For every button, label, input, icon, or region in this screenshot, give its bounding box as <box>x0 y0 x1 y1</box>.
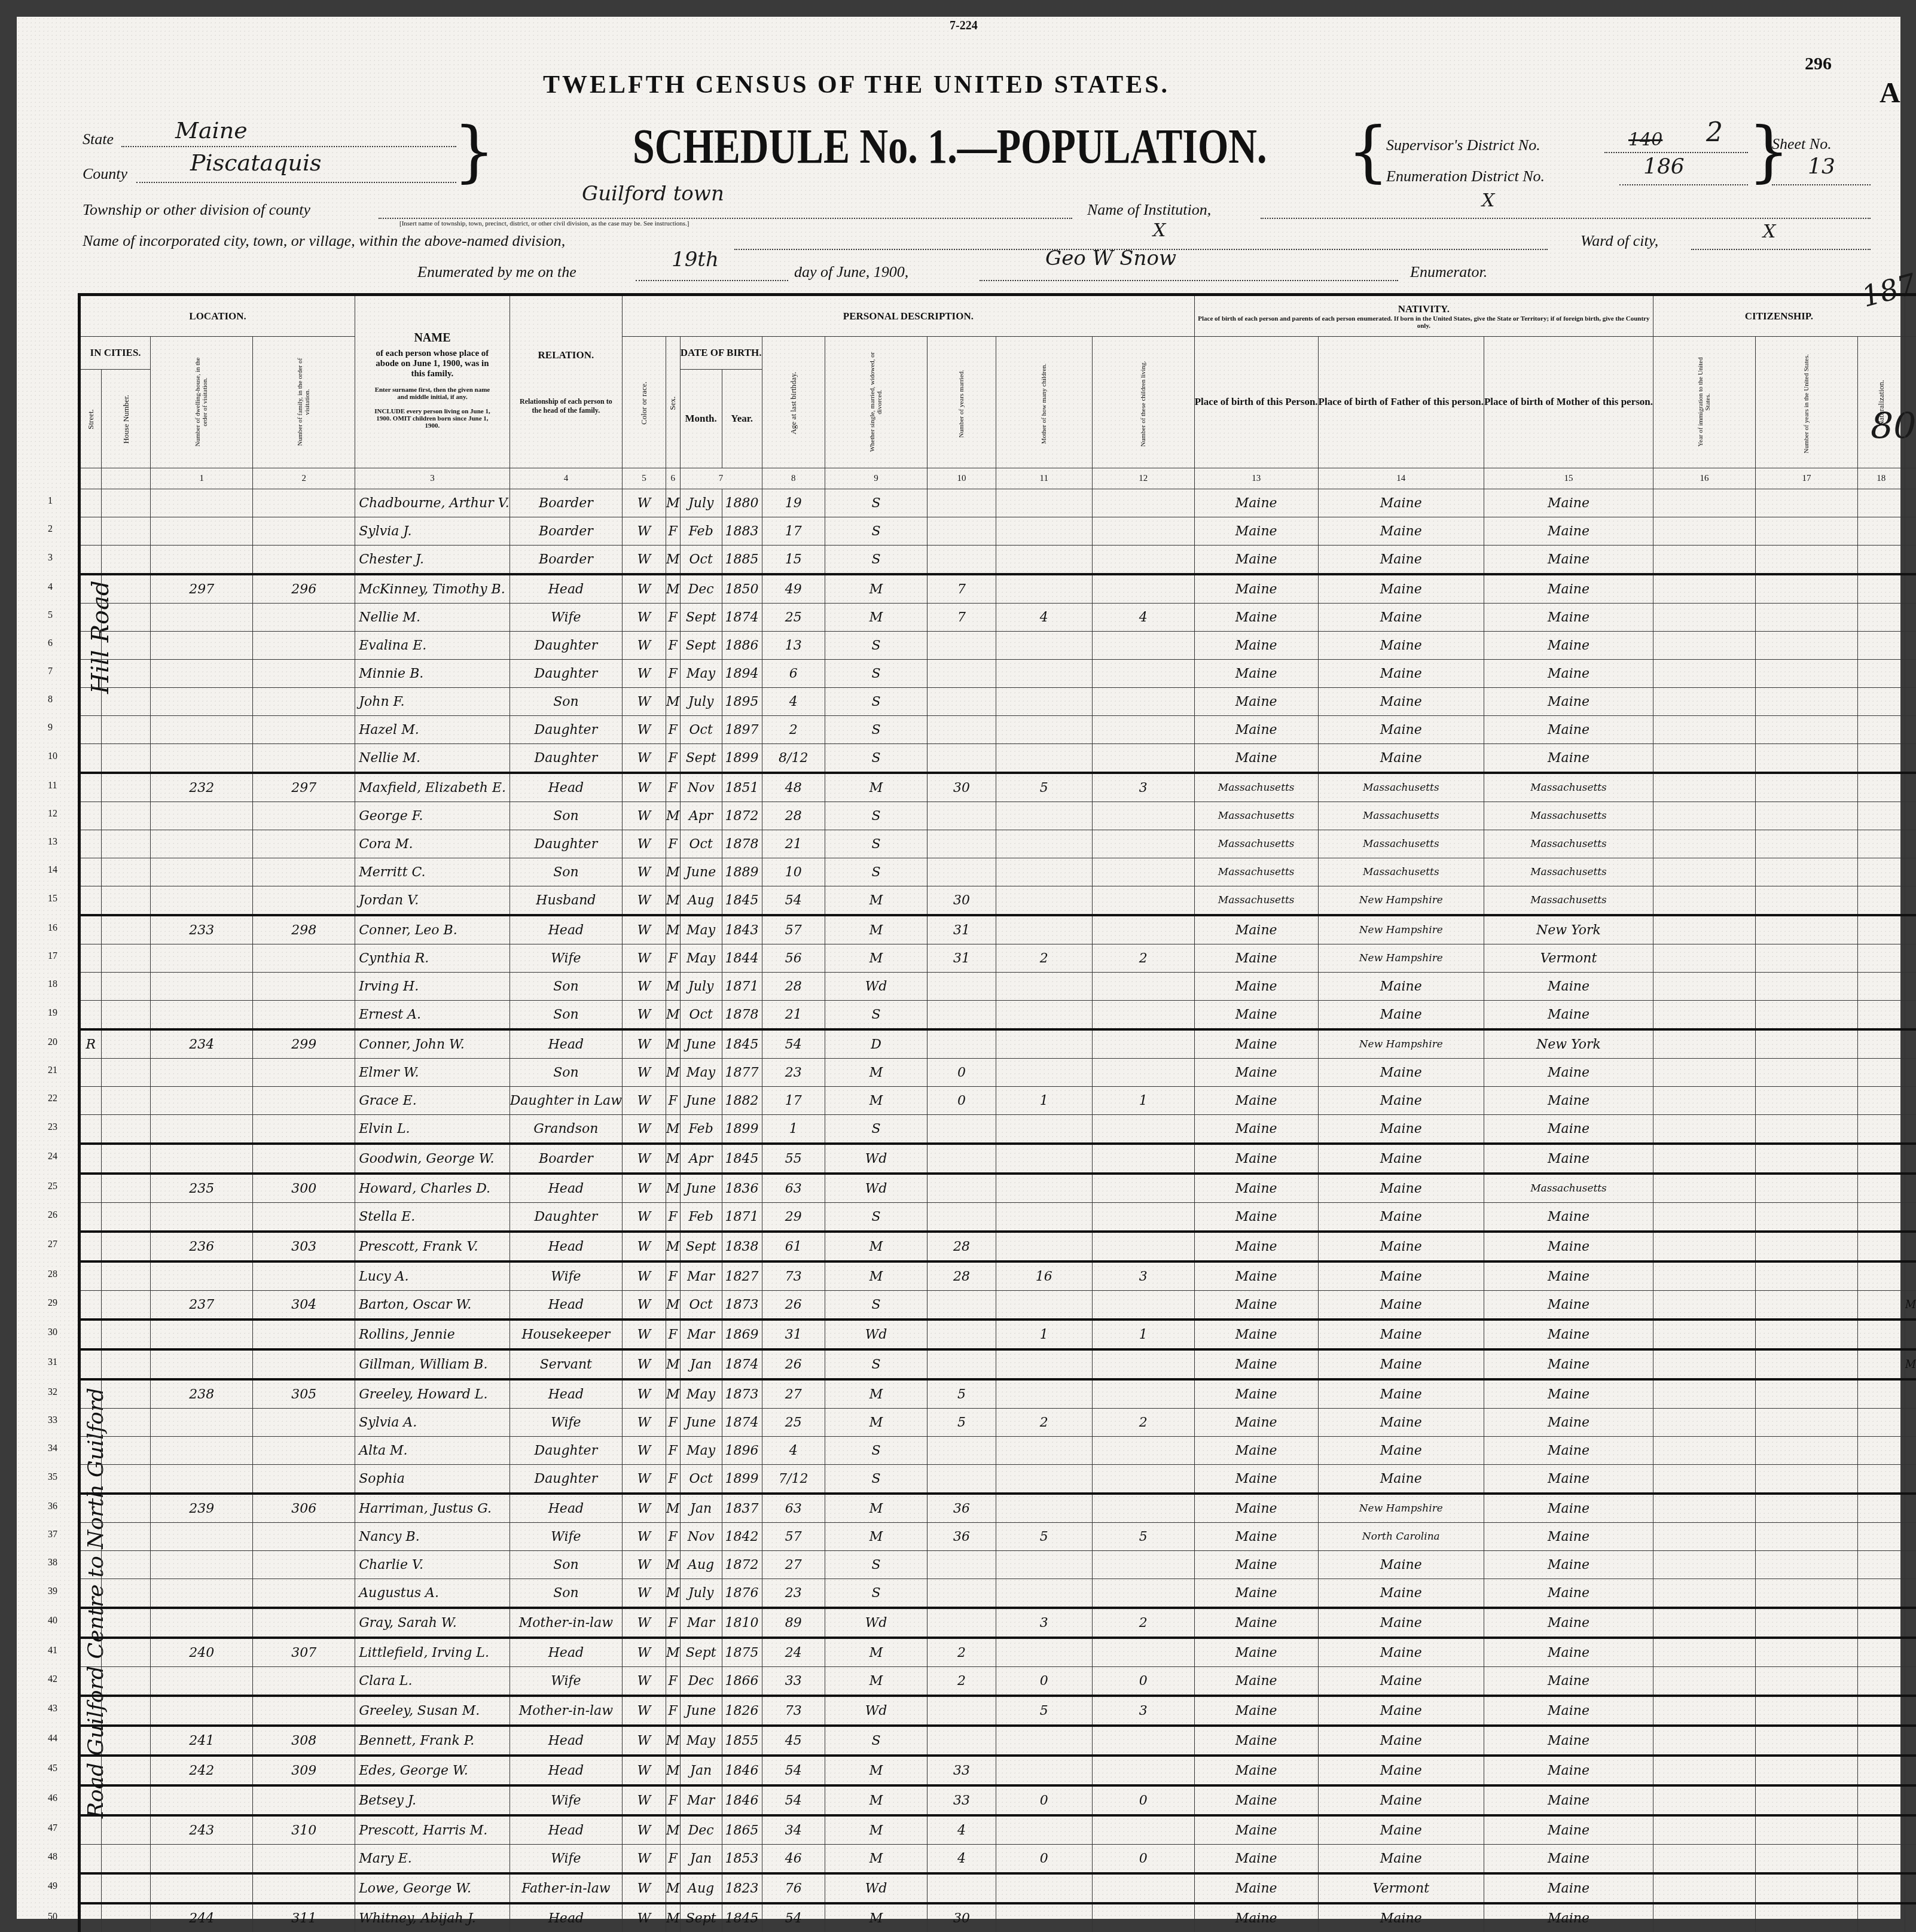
mother-of <box>996 1144 1092 1174</box>
column-number: 16 <box>1653 468 1756 489</box>
street <box>80 1320 102 1349</box>
age: 73 <box>762 1261 825 1291</box>
column-numbers-row: 1234567891011121314151617181920212223242… <box>80 468 1916 489</box>
marital-status: M <box>825 773 928 802</box>
birth-month: Nov <box>680 773 722 802</box>
immigration-year <box>1653 1873 1756 1903</box>
birth-year: 1850 <box>722 574 762 604</box>
header-house-number: House Number. <box>101 370 151 468</box>
header-naturalization-text: Naturalization. <box>1877 380 1886 426</box>
street <box>80 716 102 744</box>
header-relation-desc: Relationship of each person to the head … <box>510 361 622 415</box>
sex: M <box>666 1232 680 1261</box>
color: W <box>623 632 666 660</box>
occupation: Carder, woolen mill <box>1905 489 1916 517</box>
family-number <box>253 1696 355 1726</box>
immigration-year <box>1653 1465 1756 1494</box>
father-birthplace: New Hampshire <box>1318 886 1484 916</box>
birth-month: May <box>680 1437 722 1465</box>
immigration-year <box>1653 1551 1756 1579</box>
occupation: Farmer <box>1905 1638 1916 1667</box>
person-name: Bennett, Frank P. <box>355 1726 510 1756</box>
mother-birthplace: Maine <box>1484 716 1653 744</box>
occupation: Farm laborer <box>1905 1001 1916 1030</box>
birth-year: 1827 <box>722 1261 762 1291</box>
street <box>80 1873 102 1903</box>
table-row: Mary E.WifeWFJan185346M400MaineMaineMain… <box>80 1845 1916 1874</box>
color: W <box>623 1494 666 1523</box>
dwelling-number <box>151 1001 253 1030</box>
family-number <box>253 1579 355 1608</box>
naturalization <box>1858 1349 1905 1379</box>
mother-of <box>996 1379 1092 1409</box>
years-in-us <box>1756 1291 1858 1320</box>
mother-of <box>996 830 1092 858</box>
naturalization <box>1858 688 1905 716</box>
marital-status: S <box>825 716 928 744</box>
sex: M <box>666 1144 680 1174</box>
institution-field: X <box>1261 200 1871 219</box>
birth-year: 1872 <box>722 1551 762 1579</box>
person-name: Ernest A. <box>355 1001 510 1030</box>
dwelling-number <box>151 1873 253 1903</box>
marital-status: S <box>825 1115 928 1144</box>
table-row: George F.SonWMApr187228SMassachusettsMas… <box>80 802 1916 830</box>
years-married: 0 <box>928 1059 996 1087</box>
birth-year: 1872 <box>722 802 762 830</box>
immigration-year <box>1653 802 1756 830</box>
children-living <box>1092 1349 1194 1379</box>
years-in-us <box>1756 1115 1858 1144</box>
mother-of <box>996 574 1092 604</box>
house-number <box>101 744 151 773</box>
family-number <box>253 660 355 688</box>
relation: Mother-in-law <box>509 1608 622 1638</box>
sex: F <box>666 1465 680 1494</box>
birthplace: Maine <box>1194 944 1318 973</box>
color: W <box>623 716 666 744</box>
marital-status: M <box>825 1059 928 1087</box>
house-number <box>101 1115 151 1144</box>
person-name: Sylvia A. <box>355 1409 510 1437</box>
row-number: 41 <box>48 1645 57 1656</box>
row-number: 50 <box>48 1912 57 1922</box>
brace-left: } <box>453 118 495 184</box>
birth-month: July <box>680 489 722 517</box>
naturalization <box>1858 1551 1905 1579</box>
birthplace: Maine <box>1194 1320 1318 1349</box>
color: W <box>623 1579 666 1608</box>
row-number: 38 <box>48 1558 57 1568</box>
relation: Wife <box>509 1785 622 1815</box>
years-married: 7 <box>928 604 996 632</box>
sex: M <box>666 1379 680 1409</box>
sex: F <box>666 632 680 660</box>
header-mother-of: Mother of how many children. <box>996 337 1092 468</box>
immigration-year <box>1653 1437 1756 1465</box>
row-number: 47 <box>48 1823 57 1834</box>
years-in-us <box>1756 1785 1858 1815</box>
years-in-us <box>1756 604 1858 632</box>
father-birthplace: Maine <box>1318 1409 1484 1437</box>
mother-birthplace: Maine <box>1484 973 1653 1001</box>
row-number: 29 <box>48 1298 57 1309</box>
ward-field: X <box>1691 231 1871 250</box>
immigration-year <box>1653 858 1756 886</box>
birth-year: 1845 <box>722 1144 762 1174</box>
person-name: George F. <box>355 802 510 830</box>
birthplace: Maine <box>1194 1232 1318 1261</box>
birth-month: June <box>680 1029 722 1059</box>
color: W <box>623 1087 666 1115</box>
marital-status: Wd <box>825 1320 928 1349</box>
birth-month: Mar <box>680 1261 722 1291</box>
house-number <box>101 830 151 858</box>
person-name: Prescott, Harris M. <box>355 1815 510 1845</box>
dwelling-number <box>151 944 253 973</box>
mother-birthplace: Maine <box>1484 1873 1653 1903</box>
birthplace: Maine <box>1194 660 1318 688</box>
sex: F <box>666 660 680 688</box>
person-name: Sylvia J. <box>355 517 510 546</box>
birthplace: Maine <box>1194 1494 1318 1523</box>
dwelling-number <box>151 489 253 517</box>
immigration-year <box>1653 1903 1756 1932</box>
institution-label: Name of Institution, <box>1087 201 1211 219</box>
table-row: Augustus A.SonWMJuly187623SMaineMaineMai… <box>80 1579 1916 1608</box>
mother-birthplace: Vermont <box>1484 944 1653 973</box>
years-married <box>928 632 996 660</box>
person-name: Gray, Sarah W. <box>355 1608 510 1638</box>
street <box>80 944 102 973</box>
age: 23 <box>762 1579 825 1608</box>
birthplace: Maine <box>1194 1174 1318 1203</box>
house-number <box>101 517 151 546</box>
header-house-number-text: House Number. <box>121 395 130 444</box>
birth-year: 1874 <box>722 1409 762 1437</box>
children-living: 2 <box>1092 1608 1194 1638</box>
father-birthplace: Maine <box>1318 1608 1484 1638</box>
birthplace: Massachusetts <box>1194 802 1318 830</box>
occupation <box>1905 1667 1916 1696</box>
person-name: Evalina E. <box>355 632 510 660</box>
header-birth-mother: Place of birth of Mother of this person. <box>1484 337 1653 468</box>
person-name: Chester J. <box>355 546 510 575</box>
occupation <box>1905 1261 1916 1291</box>
column-number: 10 <box>928 468 996 489</box>
house-number <box>101 1291 151 1320</box>
house-number <box>101 773 151 802</box>
years-married <box>928 1115 996 1144</box>
row-number: 45 <box>48 1763 57 1774</box>
birthplace: Maine <box>1194 1001 1318 1030</box>
occupation: Farm laborer <box>1905 1029 1916 1059</box>
years-married <box>928 546 996 575</box>
children-living <box>1092 1379 1194 1409</box>
house-number <box>101 1437 151 1465</box>
dwelling-number: 241 <box>151 1726 253 1756</box>
relation: Boarder <box>509 517 622 546</box>
birthplace: Maine <box>1194 1379 1318 1409</box>
supervisor-struck: 140 <box>1628 129 1662 150</box>
immigration-year <box>1653 915 1756 944</box>
house-number <box>101 546 151 575</box>
row-number: 48 <box>48 1852 57 1863</box>
header-occupation-col: Occupation. <box>1905 337 1916 468</box>
marital-status: M <box>825 1261 928 1291</box>
person-name: John F. <box>355 688 510 716</box>
person-name: Lucy A. <box>355 1261 510 1291</box>
father-birthplace: Maine <box>1318 1845 1484 1874</box>
children-living <box>1092 1203 1194 1232</box>
supervisor-label: Supervisor's District No. <box>1386 136 1540 154</box>
occupation <box>1905 1873 1916 1903</box>
row-number: 10 <box>48 751 57 762</box>
birth-month: May <box>680 944 722 973</box>
age: 21 <box>762 830 825 858</box>
birthplace: Massachusetts <box>1194 886 1318 916</box>
birth-year: 1877 <box>722 1059 762 1087</box>
naturalization <box>1858 1638 1905 1667</box>
years-married: 28 <box>928 1261 996 1291</box>
relation: Husband <box>509 886 622 916</box>
sex: F <box>666 830 680 858</box>
children-living <box>1092 574 1194 604</box>
mother-birthplace: Maine <box>1484 1523 1653 1551</box>
age: 54 <box>762 1756 825 1785</box>
birth-month: July <box>680 688 722 716</box>
occupation: Farmer <box>1905 1232 1916 1261</box>
family-number: 305 <box>253 1379 355 1409</box>
street <box>80 1903 102 1932</box>
table-row: Betsey J.WifeWFMar184654M3300MaineMaineM… <box>80 1785 1916 1815</box>
age: 34 <box>762 1815 825 1845</box>
years-in-us <box>1756 1174 1858 1203</box>
naturalization <box>1858 716 1905 744</box>
table-row: Charlie V.SonWMAug187227SMaineMaineMaine… <box>80 1551 1916 1579</box>
mother-of <box>996 1756 1092 1785</box>
birth-month: June <box>680 1409 722 1437</box>
father-birthplace: Maine <box>1318 688 1484 716</box>
father-birthplace: Maine <box>1318 1726 1484 1756</box>
age: 56 <box>762 944 825 973</box>
immigration-year <box>1653 1523 1756 1551</box>
birthplace: Maine <box>1194 1726 1318 1756</box>
mother-of: 5 <box>996 1523 1092 1551</box>
person-name: Jordan V. <box>355 886 510 916</box>
color: W <box>623 489 666 517</box>
column-number: 11 <box>996 468 1092 489</box>
occupation <box>1905 830 1916 858</box>
years-married <box>928 1001 996 1030</box>
marital-status: Wd <box>825 1608 928 1638</box>
mother-birthplace: Maine <box>1484 1726 1653 1756</box>
children-living <box>1092 802 1194 830</box>
person-name: Sophia <box>355 1465 510 1494</box>
birth-year: 1886 <box>722 632 762 660</box>
years-in-us <box>1756 1379 1858 1409</box>
father-birthplace: Maine <box>1318 1174 1484 1203</box>
header-nativity-desc: Place of birth of each person and parent… <box>1195 315 1653 330</box>
years-in-us <box>1756 1409 1858 1437</box>
father-birthplace: Maine <box>1318 1638 1484 1667</box>
person-name: Lowe, George W. <box>355 1873 510 1903</box>
marital-status: S <box>825 517 928 546</box>
table-row: Cora M.DaughterWFOct187821SMassachusetts… <box>80 830 1916 858</box>
column-number: 17 <box>1756 468 1858 489</box>
mother-of: 3 <box>996 1608 1092 1638</box>
years-married <box>928 660 996 688</box>
house-number <box>101 1551 151 1579</box>
marital-status: S <box>825 802 928 830</box>
relation: Daughter <box>509 660 622 688</box>
color: W <box>623 1261 666 1291</box>
birthplace: Maine <box>1194 1087 1318 1115</box>
father-birthplace: Maine <box>1318 517 1484 546</box>
mother-birthplace: Maine <box>1484 1756 1653 1785</box>
birth-year: 1873 <box>722 1291 762 1320</box>
table-row: Gillman, William B.ServantWMJan187426SMa… <box>80 1349 1916 1379</box>
mother-birthplace: Maine <box>1484 1115 1653 1144</box>
father-birthplace: Maine <box>1318 1261 1484 1291</box>
street <box>80 802 102 830</box>
father-birthplace: Massachusetts <box>1318 858 1484 886</box>
mother-birthplace: Maine <box>1484 1785 1653 1815</box>
marital-status: S <box>825 546 928 575</box>
sex: M <box>666 886 680 916</box>
marital-status: M <box>825 1379 928 1409</box>
mother-of: 0 <box>996 1785 1092 1815</box>
years-in-us <box>1756 1667 1858 1696</box>
mother-birthplace: Maine <box>1484 517 1653 546</box>
relation: Head <box>509 1638 622 1667</box>
house-number <box>101 1379 151 1409</box>
sex: F <box>666 944 680 973</box>
children-living <box>1092 1115 1194 1144</box>
mother-birthplace: Maine <box>1484 1696 1653 1726</box>
father-birthplace: Maine <box>1318 489 1484 517</box>
mother-birthplace: Maine <box>1484 1203 1653 1232</box>
person-name: Conner, Leo B. <box>355 915 510 944</box>
dwelling-number <box>151 1115 253 1144</box>
age: 27 <box>762 1379 825 1409</box>
city-label: Name of incorporated city, town, or vill… <box>83 232 565 250</box>
person-name: Cora M. <box>355 830 510 858</box>
mother-birthplace: Maine <box>1484 604 1653 632</box>
occupation: Farmer <box>1905 1174 1916 1203</box>
family-number: 308 <box>253 1726 355 1756</box>
immigration-year <box>1653 1608 1756 1638</box>
years-married: 5 <box>928 1409 996 1437</box>
mother-birthplace: Maine <box>1484 744 1653 773</box>
years-married <box>928 830 996 858</box>
dwelling-number <box>151 1845 253 1874</box>
naturalization <box>1858 973 1905 1001</box>
birth-year: 1871 <box>722 973 762 1001</box>
birth-month: Aug <box>680 886 722 916</box>
naturalization <box>1858 1726 1905 1756</box>
header-dwelling: Number of dwelling-house, in the order o… <box>151 337 253 468</box>
immigration-year <box>1653 1144 1756 1174</box>
dwelling-number <box>151 886 253 916</box>
dwelling-number <box>151 830 253 858</box>
children-living <box>1092 973 1194 1001</box>
street <box>80 1696 102 1726</box>
house-number <box>101 660 151 688</box>
naturalization <box>1858 1608 1905 1638</box>
occupation <box>1905 1523 1916 1551</box>
family-number <box>253 517 355 546</box>
street <box>80 1667 102 1696</box>
row-number: 1 <box>48 496 53 507</box>
birthplace: Maine <box>1194 1203 1318 1232</box>
row-number: 42 <box>48 1674 57 1685</box>
years-in-us <box>1756 1261 1858 1291</box>
mother-of <box>996 1203 1092 1232</box>
row-number: 33 <box>48 1415 57 1426</box>
years-in-us <box>1756 1437 1858 1465</box>
house-number <box>101 973 151 1001</box>
immigration-year <box>1653 1059 1756 1087</box>
birthplace: Maine <box>1194 1115 1318 1144</box>
dwelling-number: 237 <box>151 1291 253 1320</box>
color: W <box>623 1845 666 1874</box>
mother-of <box>996 915 1092 944</box>
children-living: 1 <box>1092 1087 1194 1115</box>
census-title: TWELFTH CENSUS OF THE UNITED STATES. <box>543 71 1170 99</box>
birth-month: Aug <box>680 1551 722 1579</box>
street <box>80 1144 102 1174</box>
sex: F <box>666 1320 680 1349</box>
table-row: Alta M.DaughterWFMay18964SMaineMaineMain… <box>80 1437 1916 1465</box>
relation: Daughter <box>509 830 622 858</box>
occupation <box>1905 1696 1916 1726</box>
age: 49 <box>762 574 825 604</box>
birth-month: July <box>680 973 722 1001</box>
birth-month: Oct <box>680 1001 722 1030</box>
street <box>80 858 102 886</box>
years-married <box>928 1437 996 1465</box>
mother-of <box>996 546 1092 575</box>
dwelling-number: 243 <box>151 1815 253 1845</box>
years-married <box>928 1174 996 1203</box>
dwelling-number <box>151 1696 253 1726</box>
years-in-us <box>1756 1059 1858 1087</box>
marital-status: S <box>825 1437 928 1465</box>
years-married <box>928 1029 996 1059</box>
immigration-year <box>1653 1232 1756 1261</box>
father-birthplace: Maine <box>1318 1059 1484 1087</box>
mother-birthplace: Maine <box>1484 1291 1653 1320</box>
table-row: Clara L.WifeWFDec186633M200MaineMaineMai… <box>80 1667 1916 1696</box>
occupation <box>1905 1203 1916 1232</box>
years-married: 28 <box>928 1232 996 1261</box>
row-number: 14 <box>48 865 57 876</box>
sheet-value: 13 <box>1808 154 1835 179</box>
mother-of: 1 <box>996 1320 1092 1349</box>
color: W <box>623 1726 666 1756</box>
children-living <box>1092 716 1194 744</box>
column-number: 3 <box>355 468 510 489</box>
age: 31 <box>762 1320 825 1349</box>
street <box>80 1437 102 1465</box>
row-number: 8 <box>48 694 53 705</box>
birth-year: 1896 <box>722 1437 762 1465</box>
family-number <box>253 1349 355 1379</box>
marital-status: D <box>825 1029 928 1059</box>
birth-month: Oct <box>680 1291 722 1320</box>
mother-birthplace: Maine <box>1484 574 1653 604</box>
